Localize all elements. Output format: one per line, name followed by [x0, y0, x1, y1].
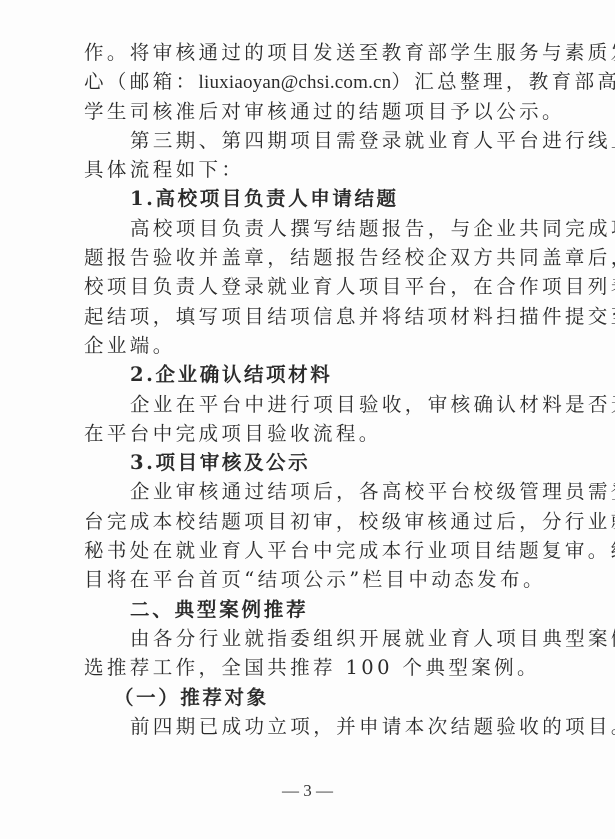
- text-fragment: ）汇总整理，教育部高校: [391, 70, 615, 93]
- text-line: 学生司核准后对审核通过的结题项目予以公示。: [84, 97, 529, 126]
- text-line: 选推荐工作，全国共推荐 100 个典型案例。: [84, 653, 529, 682]
- document-body: 作。将审核通过的项目发送至教育部学生服务与素质发展中 心（邮箱：liuxiaoy…: [84, 38, 529, 741]
- step-heading-1: 1.高校项目负责人申请结题: [84, 184, 529, 213]
- page-number: — 3 —: [0, 781, 615, 801]
- text-line: 校项目负责人登录就业育人项目平台，在合作项目列表中发: [84, 272, 529, 301]
- text-line: 企业端。: [84, 331, 529, 360]
- text-line: 由各分行业就指委组织开展就业育人项目典型案例遴: [84, 624, 529, 653]
- text-line: 作。将审核通过的项目发送至教育部学生服务与素质发展中: [84, 38, 529, 67]
- text-line: 高校项目负责人撰写结题报告，与企业共同完成项目结: [84, 214, 529, 243]
- step-heading-2: 2.企业确认结项材料: [84, 360, 529, 389]
- text-line: 企业审核通过结项后，各高校平台校级管理员需登录平: [84, 477, 529, 506]
- text-line: 目将在平台首页“结项公示”栏目中动态发布。: [84, 565, 529, 594]
- text-line: 台完成本校结题项目初审，校级审核通过后，分行业就指委: [84, 507, 529, 536]
- text-line: 第三期、第四期项目需登录就业育人平台进行线上结题，: [84, 126, 529, 155]
- step-heading-3: 3.项目审核及公示: [84, 448, 529, 477]
- text-line: 题报告验收并盖章，结题报告经校企双方共同盖章后，由高: [84, 243, 529, 272]
- subsection-heading-1: （一）推荐对象: [84, 683, 529, 712]
- text-line: 企业在平台中进行项目验收，审核确认材料是否无误，: [84, 390, 529, 419]
- text-fragment: 心（邮箱：: [84, 70, 199, 93]
- text-line: 秘书处在就业育人平台中完成本行业项目结题复审。结题项: [84, 536, 529, 565]
- email-address: liuxiaoyan@chsi.com.cn: [199, 72, 392, 93]
- text-line: 前四期已成功立项，并申请本次结题验收的项目。: [84, 712, 529, 741]
- text-line: 具体流程如下：: [84, 155, 529, 184]
- section-heading-2: 二、典型案例推荐: [84, 595, 529, 624]
- text-line: 在平台中完成项目验收流程。: [84, 419, 529, 448]
- text-line-with-email: 心（邮箱：liuxiaoyan@chsi.com.cn）汇总整理，教育部高校: [84, 67, 529, 96]
- text-line: 起结项，填写项目结项信息并将结项材料扫描件提交至平台: [84, 302, 529, 331]
